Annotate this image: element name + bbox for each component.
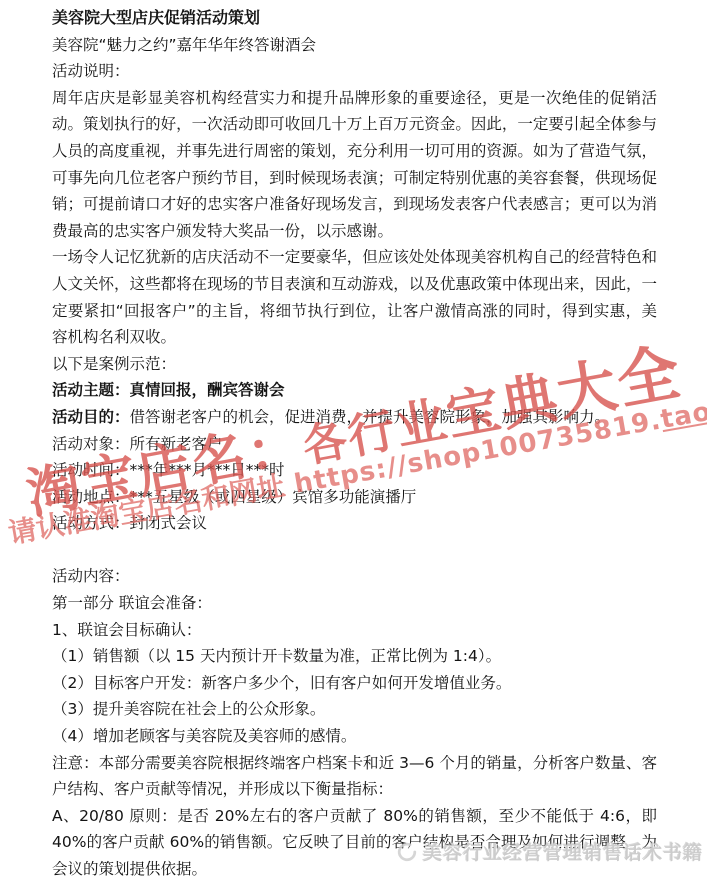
paragraph: 以下是案例示范： (52, 351, 657, 378)
document-title: 美容院大型店庆促销活动策划 (52, 5, 657, 32)
paragraph: 第一部分 联谊会准备： (52, 590, 657, 617)
document-page: 美容院大型店庆促销活动策划美容院“魅力之约”嘉年华年终答谢酒会活动说明：周年店庆… (0, 0, 707, 876)
paragraph: 活动主题：真情回报，酬宾答谢会 (52, 377, 657, 404)
paragraph: （1）销售额（以 15 天内预计开卡数量为准，正常比例为 1:4）。 (52, 643, 657, 670)
paragraph: 活动时间：***年***月***日***时 (52, 457, 657, 484)
paragraph: 活动对象：所有新老客户 (52, 431, 657, 458)
paragraph: 活动说明： (52, 58, 657, 85)
paragraph: 活动内容： (52, 563, 657, 590)
paragraph: 周年店庆是彰显美容机构经营实力和提升品牌形象的重要途径，更是一次绝佳的促销活动。… (52, 85, 657, 245)
paragraph: 美容院“魅力之约”嘉年华年终答谢酒会 (52, 32, 657, 59)
paragraph: A、20/80 原则：是否 20%左右的客户贡献了 80%的销售额，至少不能低于… (52, 803, 657, 876)
paragraph: 注意：本部分需要美容院根据终端客户档案卡和近 3—6 个月的销量，分析客户数量、… (52, 750, 657, 803)
paragraph: 活动目的：借答谢老客户的机会，促进消费，并提升美容院形象，加强其影响力。 (52, 404, 657, 431)
paragraph: 活动地点：***五星级（或四星级）宾馆多功能演播厅 (52, 484, 657, 511)
paragraph: 1、联谊会目标确认： (52, 617, 657, 644)
url-domain-text: taobao.com (658, 374, 707, 435)
paragraph: 活动方式：封闭式会议 (52, 510, 657, 537)
paragraph: （4）增加老顾客与美容院及美容师的感情。 (52, 723, 657, 750)
document-body: 美容院大型店庆促销活动策划美容院“魅力之约”嘉年华年终答谢酒会活动说明：周年店庆… (52, 5, 657, 876)
paragraph (52, 537, 657, 564)
paragraph: （3）提升美容院在社会上的公众形象。 (52, 696, 657, 723)
paragraph: （2）目标客户开发：新客户多少个，旧有客户如何开发增值业务。 (52, 670, 657, 697)
paragraph: 一场令人记忆犹新的店庆活动不一定要豪华，但应该处处体现美容机构自己的经营特色和人… (52, 244, 657, 350)
